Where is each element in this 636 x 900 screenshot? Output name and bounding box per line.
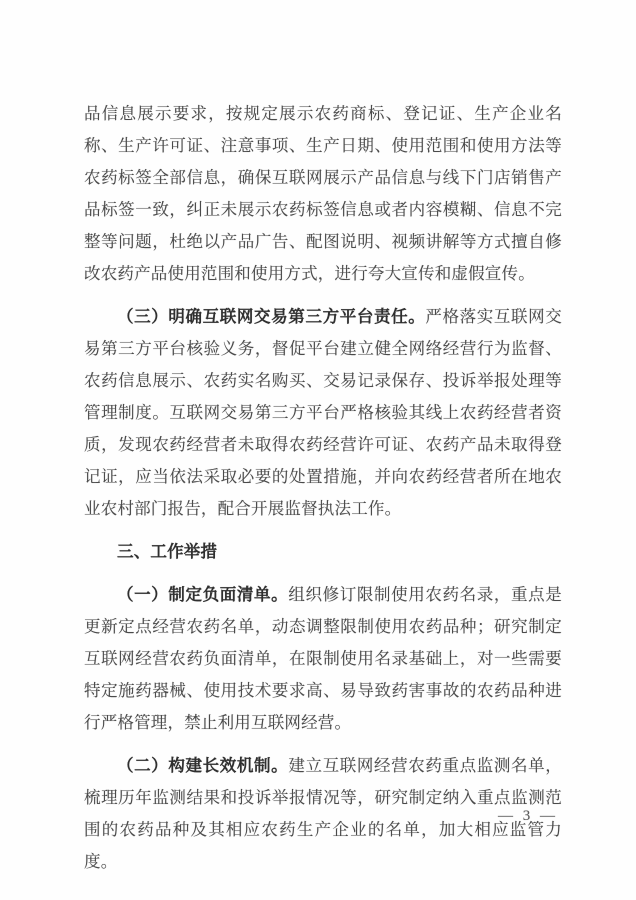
document-body: 品信息展示要求，按规定展示农药商标、登记证、生产企业名称、生产许可证、注意事项、… <box>84 98 562 889</box>
paragraph: （二）构建长效机制。建立互联网经营农药重点监测名单，梳理历年监测结果和投诉举报情… <box>84 750 562 878</box>
paragraph-lead: （二）构建长效机制。 <box>117 756 288 775</box>
paragraph-lead: （三）明确互联网交易第三方平台责任。 <box>117 307 425 326</box>
paragraph: 三、工作举措 <box>84 536 562 568</box>
paragraph-lead: 三、工作举措 <box>117 542 217 561</box>
paragraph-lead: （一）制定负面清单。 <box>117 585 288 604</box>
paragraph: （三）明确互联网交易第三方平台责任。严格落实互联网交易第三方平台核验义务，督促平… <box>84 301 562 525</box>
paragraph: 品信息展示要求，按规定展示农药商标、登记证、生产企业名称、生产许可证、注意事项、… <box>84 98 562 290</box>
paragraph-text: 品信息展示要求，按规定展示农药商标、登记证、生产企业名称、生产许可证、注意事项、… <box>84 104 562 283</box>
paragraph-text: 严格落实互联网交易第三方平台核验义务，督促平台建立健全网络经营行为监督、农药信息… <box>84 307 562 518</box>
page-number: — 3 — <box>498 802 558 830</box>
paragraph: （一）制定负面清单。组织修订限制使用农药名录，重点是更新定点经营农药名单，动态调… <box>84 579 562 739</box>
document-page: 品信息展示要求，按规定展示农药商标、登记证、生产企业名称、生产许可证、注意事项、… <box>0 0 636 900</box>
paragraph-text: 组织修订限制使用农药名录，重点是更新定点经营农药名单，动态调整限制使用农药品种；… <box>84 585 562 732</box>
